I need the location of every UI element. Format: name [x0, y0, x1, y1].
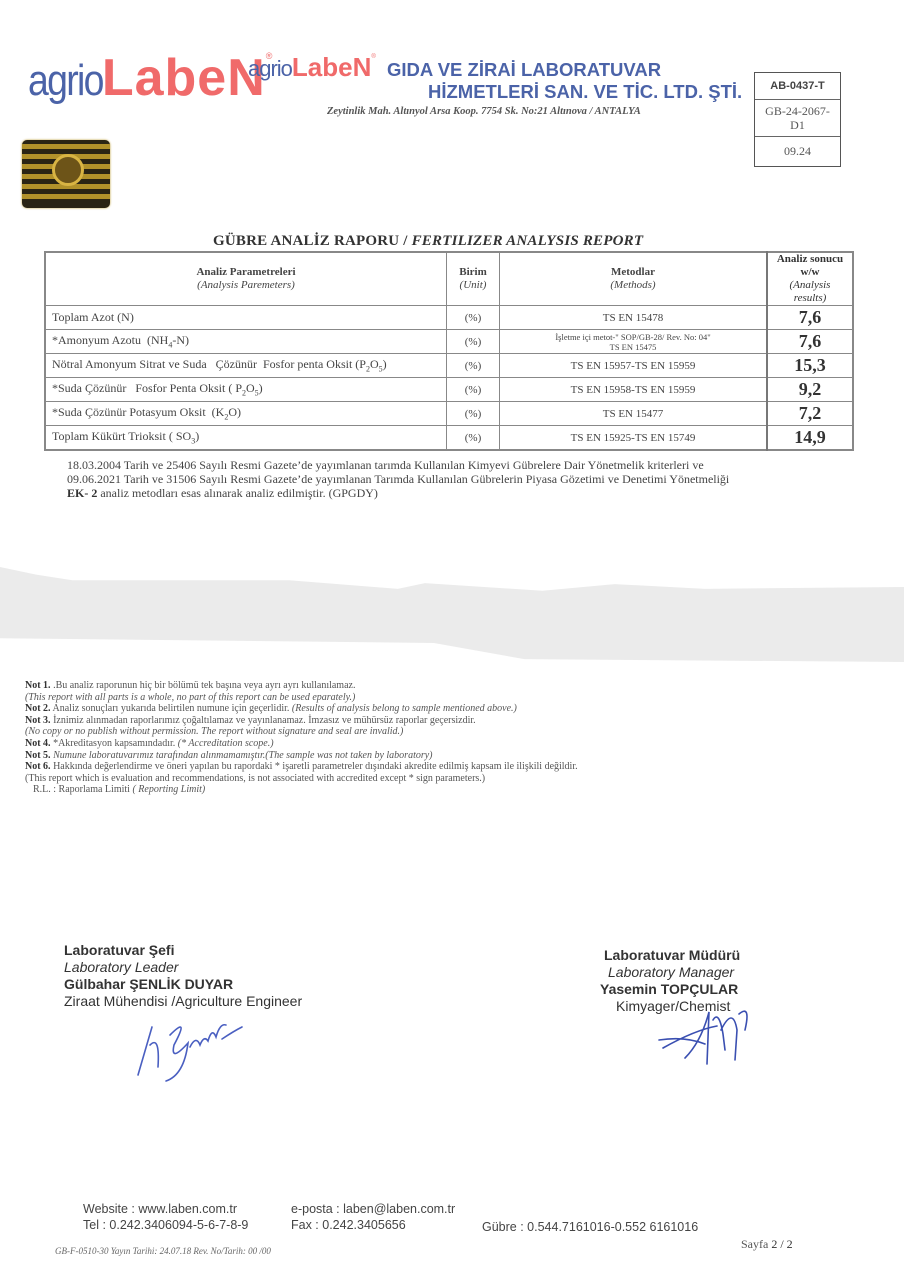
accreditation-seal-icon	[22, 140, 110, 208]
signature-block-lab-leader: Laboratuvar Şefi Laboratory Leader Gülba…	[64, 942, 302, 1010]
logo-brand: LabeN	[292, 52, 371, 82]
report-date: 09.24	[755, 137, 840, 166]
form-code: GB-F-0510-30 Yayın Tarihi: 24.07.18 Rev.…	[55, 1246, 271, 1256]
parameter-cell: *Suda Çözünür Fosfor Penta Oksit ( P2O5)	[45, 378, 447, 402]
unit-cell: (%)	[447, 306, 500, 330]
regulation-line: EK- 2 analiz metodları esas alınarak ana…	[67, 486, 847, 500]
note-line: Not 6. Hakkında değerlendirme ve öneri y…	[25, 761, 578, 773]
table-row: *Suda Çözünür Fosfor Penta Oksit ( P2O5)…	[45, 378, 853, 402]
logo-registered: ®	[371, 54, 375, 60]
unit-cell: (%)	[447, 378, 500, 402]
company-name-line2: HİZMETLERİ SAN. VE TİC. LTD. ŞTİ.	[428, 81, 742, 103]
column-header-results: Analiz sonucu w/w(Analysis results)	[767, 252, 853, 306]
result-cell: 14,9	[767, 426, 853, 451]
logo-prefix: agrio	[248, 56, 292, 81]
column-header-parameters: Analiz Parametreleri(Analysis Paremeters…	[45, 252, 447, 306]
redacted-area	[0, 567, 904, 662]
result-cell: 7,6	[767, 306, 853, 330]
report-number-line1: GB-24-2067-	[757, 104, 838, 118]
turkak-emblem-icon	[52, 154, 84, 186]
method-cell: TS EN 15477	[500, 402, 768, 426]
result-cell: 15,3	[767, 354, 853, 378]
table-row: Nötral Amonyum Sitrat ve Suda Çözünür Fo…	[45, 354, 853, 378]
report-number-line2: D1	[757, 118, 838, 132]
table-row: *Amonyum Azotu (NH4-N) (%) İşletme içi m…	[45, 330, 853, 354]
note-line: (This report with all parts is a whole, …	[25, 692, 578, 704]
handwritten-signature-icon	[130, 1005, 250, 1085]
agrolaben-logo-small: agrioLabeN®	[248, 54, 376, 80]
column-header-methods: Metodlar(Methods)	[500, 252, 768, 306]
footer-contact-left: Website : www.laben.com.tr Tel : 0.242.3…	[83, 1201, 248, 1233]
method-cell: TS EN 15925-TS EN 15749	[500, 426, 768, 451]
parameter-cell: Toplam Azot (N)	[45, 306, 447, 330]
footer-contact-middle: e-posta : laben@laben.com.tr Fax : 0.242…	[291, 1201, 455, 1233]
note-line: (No copy or no publish without permissio…	[25, 726, 578, 738]
telephone: Tel : 0.242.3406094-5-6-7-8-9	[83, 1217, 248, 1233]
signer-title-tr: Laboratuvar Müdürü	[604, 947, 740, 964]
handwritten-signature-icon	[655, 1000, 765, 1070]
logo-brand: LabeN	[102, 49, 266, 107]
regulation-line: 09.06.2021 Tarih ve 31506 Sayılı Resmi G…	[67, 472, 847, 486]
regulation-line: 18.03.2004 Tarih ve 25406 Sayılı Resmi G…	[67, 458, 847, 472]
report-title-tr: GÜBRE ANALİZ RAPORU /	[213, 233, 408, 249]
note-line: Not 4. *Akreditasyon kapsamındadır. (* A…	[25, 738, 578, 750]
regulation-text: 18.03.2004 Tarih ve 25406 Sayılı Resmi G…	[67, 458, 847, 500]
method-cell: TS EN 15478	[500, 306, 768, 330]
note-line: Not 3. İznimiz alınmadan raporlarımız ço…	[25, 715, 578, 727]
website-link[interactable]: Website : www.laben.com.tr	[83, 1201, 248, 1217]
results-table: Analiz Parametreleri(Analysis Paremeters…	[44, 251, 854, 451]
signer-title-en: Laboratory Manager	[604, 964, 740, 981]
note-line: R.L. : Raporlama Limiti ( Reporting Limi…	[25, 784, 578, 796]
email-link[interactable]: e-posta : laben@laben.com.tr	[291, 1201, 455, 1217]
note-line: (This report which is evaluation and rec…	[25, 773, 578, 785]
unit-cell: (%)	[447, 330, 500, 354]
note-line: Not 5. Numune laboratuvarımız tarafından…	[25, 750, 578, 762]
column-header-unit: Birim(Unit)	[447, 252, 500, 306]
logo-prefix: agrio	[28, 59, 103, 103]
result-cell: 7,2	[767, 402, 853, 426]
parameter-cell: Nötral Amonyum Sitrat ve Suda Çözünür Fo…	[45, 354, 447, 378]
table-row: *Suda Çözünür Potasyum Oksit (K2O) (%) T…	[45, 402, 853, 426]
method-cell: İşletme içi metot-" SOP/GB-28/ Rev. No: …	[500, 330, 768, 354]
table-row: Toplam Azot (N) (%) TS EN 15478 7,6	[45, 306, 853, 330]
company-name-line1: GIDA VE ZİRAİ LABORATUVAR	[387, 59, 661, 81]
result-cell: 7,6	[767, 330, 853, 354]
report-code-box: AB-0437-T GB-24-2067- D1 09.24	[754, 72, 841, 167]
table-row: Toplam Kükürt Trioksit ( SO3) (%) TS EN …	[45, 426, 853, 451]
accreditation-number: AB-0437-T	[755, 73, 840, 100]
unit-cell: (%)	[447, 426, 500, 451]
parameter-cell: *Suda Çözünür Potasyum Oksit (K2O)	[45, 402, 447, 426]
fertilizer-phone: Gübre : 0.544.7161016-0.552 6161016	[482, 1219, 698, 1235]
signer-name: Gülbahar ŞENLİK DUYAR	[64, 976, 302, 993]
signer-title-en: Laboratory Leader	[64, 959, 302, 976]
agrolaben-logo: agrioLabeN®	[28, 52, 272, 104]
report-title-en: FERTILIZER ANALYSIS REPORT	[412, 233, 644, 249]
method-cell: TS EN 15957-TS EN 15959	[500, 354, 768, 378]
result-cell: 9,2	[767, 378, 853, 402]
signer-name: Yasemin TOPÇULAR	[600, 981, 740, 998]
report-title: GÜBRE ANALİZ RAPORU / FERTILIZER ANALYSI…	[213, 233, 643, 250]
signer-title-tr: Laboratuvar Şefi	[64, 942, 302, 959]
unit-cell: (%)	[447, 402, 500, 426]
parameter-cell: *Amonyum Azotu (NH4-N)	[45, 330, 447, 354]
fax: Fax : 0.242.3405656	[291, 1217, 455, 1233]
notes-section: Not 1. .Bu analiz raporunun hiç bir bölü…	[25, 680, 578, 796]
parameter-cell: Toplam Kükürt Trioksit ( SO3)	[45, 426, 447, 451]
note-line: Not 1. .Bu analiz raporunun hiç bir bölü…	[25, 680, 578, 692]
page-number: Sayfa 2 / 2	[741, 1237, 793, 1252]
company-address: Zeytinlik Mah. Altınyol Arsa Koop. 7754 …	[327, 106, 641, 117]
report-number: GB-24-2067- D1	[755, 100, 840, 137]
note-line: Not 2. Analiz sonuçları yukarıda belirti…	[25, 703, 578, 715]
method-cell: TS EN 15958-TS EN 15959	[500, 378, 768, 402]
unit-cell: (%)	[447, 354, 500, 378]
table-header-row: Analiz Parametreleri(Analysis Paremeters…	[45, 252, 853, 306]
